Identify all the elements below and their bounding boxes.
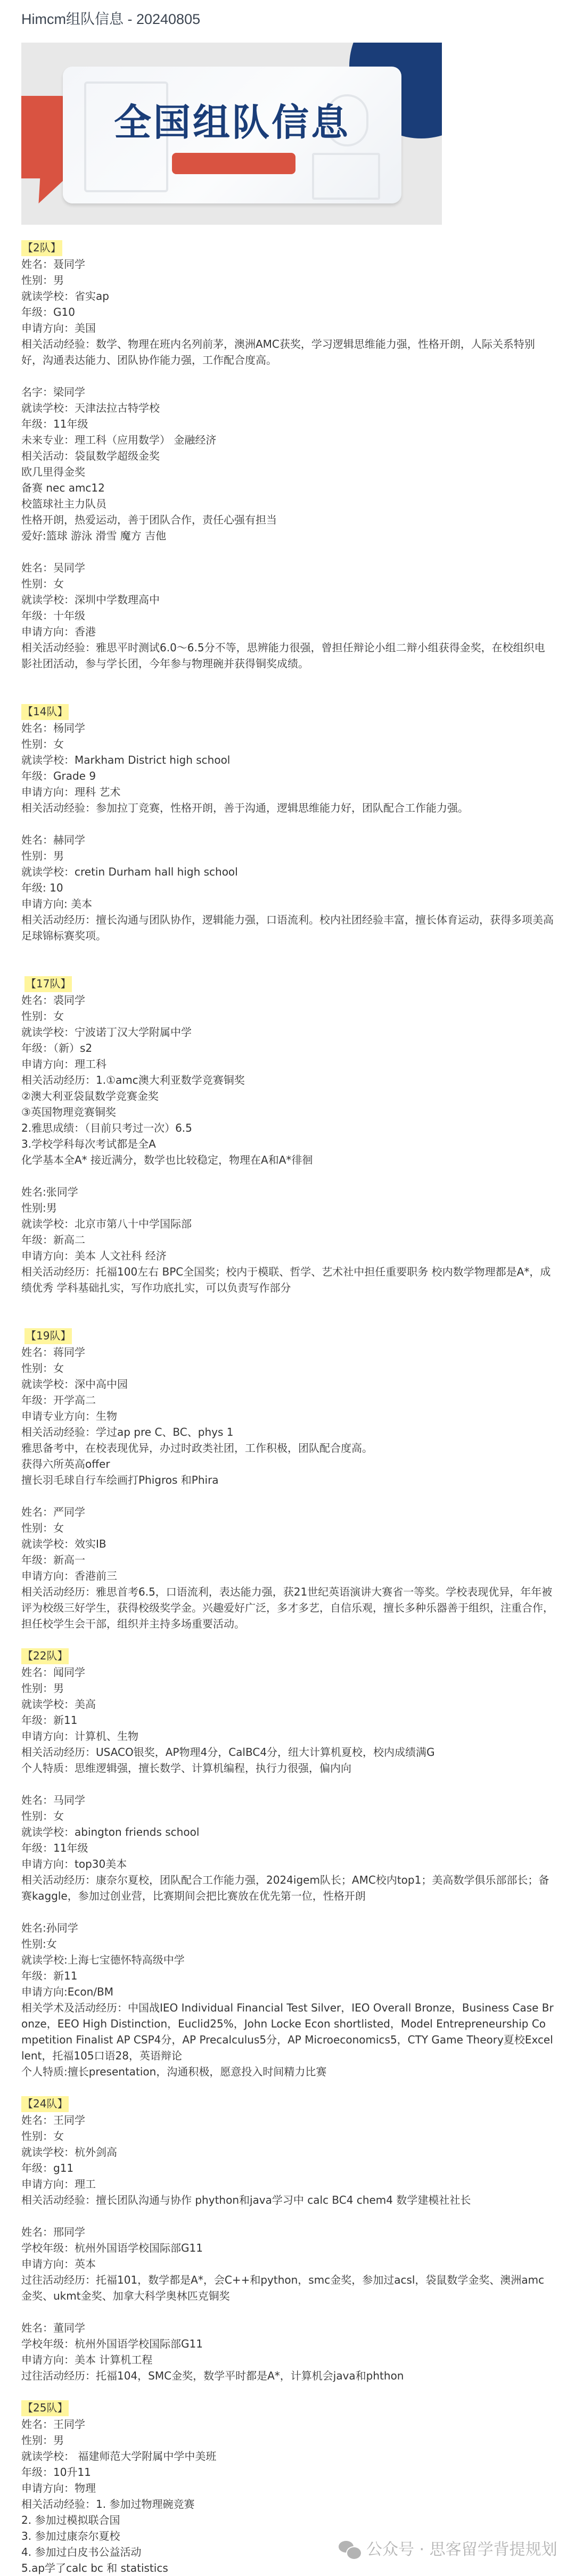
- profile-field: 就读学校：美高: [21, 1696, 554, 1712]
- member-profile: 名字：梁同学就读学校：天津法拉古特学校年级：11年级未来专业：理工科（应用数学）…: [21, 384, 554, 544]
- profile-field: 性别：男: [21, 1680, 554, 1696]
- spacer: [21, 1776, 554, 1792]
- profile-field: 年级：新11: [21, 1968, 554, 1984]
- spacer: [21, 1632, 554, 1648]
- member-profile: 姓名：蒋同学性别：女就读学校：深中高中园年级：开学高二申请专业方向：生物相关活动…: [21, 1344, 554, 1488]
- member-profile: 姓名：裘同学性别：女就读学校：宁波诺丁汉大学附属中学年级：（新）s2申请方向：理…: [21, 992, 554, 1168]
- profile-field: 相关活动经历：擅长沟通与团队协作，逻辑能力强，口语流利。校内社团经验丰富，擅长体…: [21, 912, 554, 944]
- member-profile: 姓名：马同学性别：女就读学校：abington friends school年级…: [21, 1792, 554, 1904]
- profile-field: 未来专业：理工科（应用数学） 金融经济: [21, 432, 554, 448]
- spacer: [21, 944, 554, 960]
- profile-field: 就读学校：北京市第八十中学国际部: [21, 1216, 554, 1232]
- profile-field: 就读学校：abington friends school: [21, 1824, 554, 1840]
- profile-field: 年级：开学高二: [21, 1392, 554, 1408]
- spacer: [21, 816, 554, 832]
- spacer: [21, 672, 554, 688]
- team-section: 【17队】姓名：裘同学性别：女就读学校：宁波诺丁汉大学附属中学年级：（新）s2申…: [21, 976, 554, 1296]
- profile-field: 相关活动经历：托福100左右 BPC全国奖；校内于模联、哲学、艺术社中担任重要职…: [21, 1264, 554, 1296]
- profile-field: 擅长羽毛球自行车绘画打Phigros 和Phira: [21, 1472, 554, 1488]
- profile-field: 相关活动经验：数学、物理在班内名列前茅，澳洲AMC获奖，学习逻辑思维能力强，性格…: [21, 336, 554, 368]
- profile-field: 性别：男: [21, 2432, 554, 2448]
- member-profile: 姓名：聂同学性别：男就读学校：省实ap年级：G10申请方向：美国相关活动经验：数…: [21, 256, 554, 368]
- profile-field: 年级：G10: [21, 304, 554, 320]
- profile-field: 年级：g11: [21, 2160, 554, 2176]
- team-list: 【2队】姓名：聂同学性别：男就读学校：省实ap年级：G10申请方向：美国相关活动…: [21, 240, 554, 2576]
- spacer: [21, 2304, 554, 2320]
- profile-field: 姓名:孙同学: [21, 1920, 554, 1936]
- spacer: [21, 368, 554, 384]
- profile-field: 爱好:篮球 游泳 滑雪 魔方 吉他: [21, 528, 554, 544]
- spacer: [21, 1312, 554, 1328]
- profile-field: 相关活动经历：雅思首考6.5，口语流利，表达能力强，获21世纪英语演讲大赛省一等…: [21, 1584, 554, 1632]
- spacer: [21, 1904, 554, 1920]
- team-tag: 【14队】: [21, 704, 69, 720]
- member-profile: 姓名：董同学学校年级：杭州外国语学校国际部G11申请方向：美本 计算机工程过往活…: [21, 2320, 554, 2384]
- profile-field: 申请方向：top30美本: [21, 1856, 554, 1872]
- profile-field: 姓名：聂同学: [21, 256, 554, 272]
- team-section: 【24队】姓名：王同学性别：女就读学校：杭外剑高年级：g11申请方向：理工相关活…: [21, 2096, 554, 2384]
- profile-field: 获得六所英高offer: [21, 1456, 554, 1472]
- member-profile: 姓名：赫同学性别：男就读学校：cretin Durham hall high s…: [21, 832, 554, 944]
- profile-field: 年级：11年级: [21, 416, 554, 432]
- team-tag: 【24队】: [21, 2096, 69, 2112]
- profile-field: 相关活动经验：擅长团队沟通与协作 phython和java学习中 calc BC…: [21, 2192, 554, 2208]
- banner-headline: 全国组队信息: [63, 99, 401, 146]
- profile-field: 姓名：吴同学: [21, 560, 554, 576]
- profile-field: 姓名：杨同学: [21, 720, 554, 736]
- spacer: [21, 2208, 554, 2224]
- profile-field: 年级：十年级: [21, 608, 554, 624]
- profile-field: 姓名：王同学: [21, 2112, 554, 2128]
- profile-field: 姓名：邢同学: [21, 2224, 554, 2240]
- spacer: [21, 1168, 554, 1184]
- team-tag: 【25队】: [21, 2400, 69, 2416]
- profile-field: 相关活动经验：雅思平时测试6.0～6.5分不等，思辨能力很强，曾担任辩论小组二辩…: [21, 640, 554, 672]
- banner-image: 全国组队信息: [21, 43, 442, 225]
- profile-field: 姓名：王同学: [21, 2416, 554, 2432]
- profile-field: 备赛 nec amc12: [21, 480, 554, 496]
- profile-field: 性别：女: [21, 576, 554, 592]
- profile-field: 年级：新高一: [21, 1552, 554, 1568]
- profile-field: 申请方向：美本 计算机工程: [21, 2352, 554, 2368]
- team-tag: 【2队】: [21, 240, 62, 256]
- profile-field: 就读学校：深圳中学数理高中: [21, 592, 554, 608]
- member-profile: 姓名：邢同学学校年级：杭州外国语学校国际部G11申请方向：英本过往活动经历：托福…: [21, 2224, 554, 2304]
- team-section: 【19队】姓名：蒋同学性别：女就读学校：深中高中园年级：开学高二申请专业方向：生…: [21, 1328, 554, 1632]
- profile-field: 就读学校：效实IB: [21, 1536, 554, 1552]
- profile-field: 就读学校：省实ap: [21, 288, 554, 304]
- profile-field: 申请方向：理工科: [21, 1056, 554, 1072]
- profile-field: 就读学校：天津法拉古特学校: [21, 400, 554, 416]
- profile-field: 就读学校：cretin Durham hall high school: [21, 864, 554, 880]
- profile-field: 相关活动：袋鼠数学超级金奖: [21, 448, 554, 464]
- profile-field: 学校年级：杭州外国语学校国际部G11: [21, 2240, 554, 2256]
- team-tag: 【22队】: [21, 1648, 69, 1664]
- spacer: [21, 2384, 554, 2400]
- profile-field: 相关活动经验：参加拉丁竞赛，性格开朗，善于沟通，逻辑思维能力好，团队配合工作能力…: [21, 800, 554, 816]
- team-section: 【2队】姓名：聂同学性别：男就读学校：省实ap年级：G10申请方向：美国相关活动…: [21, 240, 554, 672]
- member-profile: 姓名：杨同学性别：女就读学校：Markham District high sch…: [21, 720, 554, 816]
- profile-field: 年级：11年级: [21, 1840, 554, 1856]
- profile-field: 姓名：马同学: [21, 1792, 554, 1808]
- profile-field: 就读学校：杭外剑高: [21, 2144, 554, 2160]
- profile-field: 申请方向：物理: [21, 2480, 554, 2496]
- profile-field: 年级：新高二: [21, 1232, 554, 1248]
- profile-field: 年级：Grade 9: [21, 768, 554, 784]
- watermark: 公众号 · 思客留学背提规划: [339, 2540, 557, 2559]
- spacer: [21, 1488, 554, 1504]
- member-profile: 姓名:张同学性别:男就读学校：北京市第八十中学国际部年级：新高二申请方向：美本 …: [21, 1184, 554, 1296]
- profile-field: 申请方向：英本: [21, 2256, 554, 2272]
- profile-field: 性别：女: [21, 2128, 554, 2144]
- profile-field: 相关活动经历：康奈尔夏校，团队配合工作能力强，2024igem队长；AMC校内t…: [21, 1872, 554, 1904]
- profile-field: 申请方向：美国: [21, 320, 554, 336]
- profile-field: 相关活动经历：USACO银奖，AP物理4分，CalBC4分，纽大计算机夏校，校内…: [21, 1744, 554, 1760]
- profile-field: 相关活动经验：学过ap pre C、BC、phys 1: [21, 1424, 554, 1440]
- member-profile: 姓名:孙同学性别:女就读学校:上海七宝德怀特高级中学年级：新11申请方向:Eco…: [21, 1920, 554, 2080]
- profile-field: 姓名：蒋同学: [21, 1344, 554, 1360]
- profile-field: 相关活动经历：1.①amc澳大利亚数学竞赛铜奖: [21, 1072, 554, 1088]
- spacer: [21, 960, 554, 976]
- profile-field: 申请方向：香港前三: [21, 1568, 554, 1584]
- team-section: 【22队】姓名：闻同学性别：男就读学校：美高年级：新11申请方向：计算机、生物相…: [21, 1648, 554, 2080]
- profile-field: 名字：梁同学: [21, 384, 554, 400]
- profile-field: 申请方向：计算机、生物: [21, 1728, 554, 1744]
- team-tag: 【17队】: [24, 976, 72, 992]
- profile-field: 性别：女: [21, 1808, 554, 1824]
- profile-field: 2. 参加过模拟联合国: [21, 2512, 554, 2528]
- profile-field: 就读学校：深中高中园: [21, 1376, 554, 1392]
- team-section: 【14队】姓名：杨同学性别：女就读学校：Markham District hig…: [21, 704, 554, 944]
- team-tag: 【19队】: [24, 1328, 72, 1344]
- profile-field: 相关学术及活动经历：中国战IEO Individual Financial Te…: [21, 2000, 554, 2064]
- profile-field: 年级：（新）s2: [21, 1040, 554, 1056]
- profile-field: 年级：10升11: [21, 2464, 554, 2480]
- profile-field: 性别：女: [21, 736, 554, 752]
- member-profile: 姓名：闻同学性别：男就读学校：美高年级：新11申请方向：计算机、生物相关活动经历…: [21, 1664, 554, 1776]
- profile-field: 过往活动经历：托福104，SMC金奖，数学平时都是A*，计算机会java和pht…: [21, 2368, 554, 2384]
- profile-field: 姓名：闻同学: [21, 1664, 554, 1680]
- profile-field: 姓名：董同学: [21, 2320, 554, 2336]
- profile-field: 年级: 10: [21, 880, 554, 896]
- profile-field: 2.雅思成绩：（目前只考过一次）6.5: [21, 1120, 554, 1136]
- profile-field: 性格开朗，热爱运动，善于团队合作，责任心强有担当: [21, 512, 554, 528]
- profile-field: 申请方向:Econ/BM: [21, 1984, 554, 2000]
- profile-field: 性别：女: [21, 1520, 554, 1536]
- document-page: Himcm组队信息 - 20240805 全国组队信息 【2队】姓名：聂同学性别…: [0, 0, 575, 2576]
- profile-field: 性别:男: [21, 1200, 554, 1216]
- profile-field: 雅思备考中，在校表现优异，办过时政类社团，工作积极，团队配合度高。: [21, 1440, 554, 1456]
- profile-field: 性别：女: [21, 1360, 554, 1376]
- profile-field: 性别：女: [21, 1008, 554, 1024]
- member-profile: 姓名：严同学性别：女就读学校：效实IB年级：新高一申请方向：香港前三相关活动经历…: [21, 1504, 554, 1632]
- spacer: [21, 1296, 554, 1312]
- profile-field: 申请专业方向：生物: [21, 1408, 554, 1424]
- profile-field: 姓名：裘同学: [21, 992, 554, 1008]
- profile-field: 校篮球社主力队员: [21, 496, 554, 512]
- profile-field: 性别：男: [21, 272, 554, 288]
- spacer: [21, 2080, 554, 2096]
- profile-field: 就读学校：Markham District high school: [21, 752, 554, 768]
- profile-field: 化学基本全A* 接近满分，数学也比较稳定，物理在A和A*徘徊: [21, 1152, 554, 1168]
- profile-field: 申请方向：理工: [21, 2176, 554, 2192]
- profile-field: 个人特质：思维逻辑强，擅长数学、计算机编程，执行力很强，偏内向: [21, 1760, 554, 1776]
- profile-field: 个人特质:擅长presentation，沟通积极，愿意投入时间精力比赛: [21, 2064, 554, 2080]
- spacer: [21, 544, 554, 560]
- profile-field: ③英国物理竞赛铜奖: [21, 1104, 554, 1120]
- profile-field: 就读学校:上海七宝德怀特高级中学: [21, 1952, 554, 1968]
- page-title: Himcm组队信息 - 20240805: [21, 0, 554, 34]
- profile-field: 过往活动经历：托福101，数学都是A*，会C++和python，smc金奖，参加…: [21, 2272, 554, 2304]
- profile-field: 欧几里得金奖: [21, 464, 554, 480]
- spacer: [21, 688, 554, 704]
- member-profile: 姓名：王同学性别：女就读学校：杭外剑高年级：g11申请方向：理工相关活动经验：擅…: [21, 2112, 554, 2208]
- banner-card: 全国组队信息: [63, 67, 401, 203]
- profile-field: 申请方向：美本 人文社科 经济: [21, 1248, 554, 1264]
- profile-field: 申请方向：香港: [21, 624, 554, 640]
- banner-red-bar: [172, 153, 295, 174]
- profile-field: 相关活动经验：1. 参加过物理碗竞赛: [21, 2496, 554, 2512]
- profile-field: 姓名:张同学: [21, 1184, 554, 1200]
- profile-field: 性别：男: [21, 848, 554, 864]
- profile-field: 申请方向: 美本: [21, 896, 554, 912]
- profile-field: 姓名：赫同学: [21, 832, 554, 848]
- profile-field: 就读学校： 福建师范大学附属中学中美班: [21, 2448, 554, 2464]
- watermark-text: 公众号 · 思客留学背提规划: [366, 2540, 557, 2559]
- profile-field: 申请方向：理科 艺术: [21, 784, 554, 800]
- profile-field: 年级：新11: [21, 1712, 554, 1728]
- member-profile: 姓名：吴同学性别：女就读学校：深圳中学数理高中年级：十年级申请方向：香港相关活动…: [21, 560, 554, 672]
- profile-field: 3.学校学科每次考试都是全A: [21, 1136, 554, 1152]
- profile-field: ②澳大利亚袋鼠数学竞赛金奖: [21, 1088, 554, 1104]
- profile-field: 就读学校：宁波诺丁汉大学附属中学: [21, 1024, 554, 1040]
- profile-field: 性别:女: [21, 1936, 554, 1952]
- profile-field: 学校年级：杭州外国语学校国际部G11: [21, 2336, 554, 2352]
- wechat-icon: [339, 2541, 361, 2559]
- profile-field: 姓名：严同学: [21, 1504, 554, 1520]
